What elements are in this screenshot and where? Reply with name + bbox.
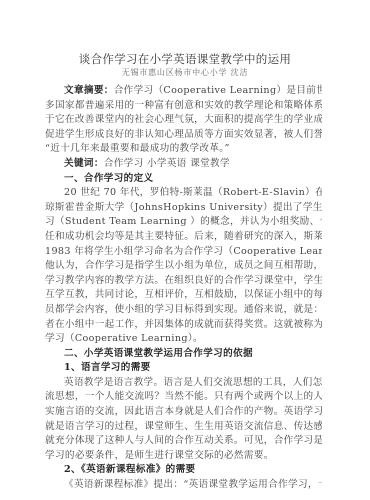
section-heading: 二、小学英语课堂教学运用合作学习的依据	[45, 347, 322, 362]
paragraph-line: 《英语新课程标准》提出：“英语课堂教学运用合作学习，一	[45, 478, 322, 493]
document-page: 谈合作学习在小学英语课堂教学中的运用 无锡市惠山区杨市中心小学 沈洁 文章摘要：…	[0, 0, 370, 500]
paragraph-line: 互学互教，共同讨论，互相评价，互相鼓励，以保证小组中的每个成	[45, 288, 322, 303]
subsection-heading: 1、语言学习的需要	[45, 361, 322, 376]
abstract-text: 合作学习（Cooperative Learning）是目前世界上许	[114, 85, 322, 96]
paragraph-line: 任和成功机会均等是其主要特征。后来，随着研究的深入，斯莱温在	[45, 230, 322, 245]
paragraph-line: 流思想，一个人能交流吗？当然不能。只有两个或两个以上的人才能	[45, 390, 322, 405]
keywords-value: 合作学习 小学英语 课堂教学	[104, 158, 230, 169]
paragraph-line: 实施言语的交流，因此语言本身就是人们合作的产物。英语学习过程	[45, 405, 322, 420]
paragraph-line: 他认为，合作学习是指学生以小组为单位，成员之间互相帮助，共同	[45, 259, 322, 274]
abstract-label: 文章摘要：	[64, 85, 114, 96]
author-line: 无锡市惠山区杨市中心小学 沈洁	[0, 67, 370, 78]
abstract-line: “近十几年来最重要和最成功的教学改革。”	[45, 142, 322, 157]
keywords-line: 关键词：合作学习 小学英语 课堂教学	[45, 157, 322, 172]
paragraph-line: 琼斯霍普金斯大学（JohnsHopkins University）提出了学生小组…	[45, 201, 322, 216]
paragraph-line: 习（Student Team Learning ）的概念，并认为小组奖励、个人责	[45, 215, 322, 230]
document-title: 谈合作学习在小学英语课堂教学中的运用	[0, 51, 370, 67]
paragraph-line: 学习教学内容的教学方法。在组织良好的合作学习课堂中，学生之间	[45, 274, 322, 289]
paragraph-line: 学习的必要条件，是师生进行课堂交际的必然需要。	[45, 449, 322, 464]
abstract-line: 促进学生形成良好的非认知心理品质等方面实效显著，被人们誉为是	[45, 128, 322, 143]
paragraph-line: 就充分体现了这种人与人间的合作互动关系。可见，合作学习是英语	[45, 434, 322, 449]
paragraph-line: 就是语言学习的过程，课堂师生、生生用英语交流信息、传达感情时，	[45, 420, 322, 435]
paragraph-line: 员都学会内容，使小组的学习目标得到实现。通俗来说，就是：学习	[45, 303, 322, 318]
abstract-line: 于它在改善课堂内的社会心理气氛，大面积的提高学生的学业成绩，	[45, 113, 322, 128]
abstract-line: 多国家都普遍采用的一种富有创意和实效的教学理论和策略体系。由	[45, 99, 322, 114]
paragraph-line: 1983 年将学生小组学习命名为合作学习（Cooperative Learnin…	[45, 245, 322, 260]
abstract-first-line: 文章摘要：合作学习（Cooperative Learning）是目前世界上许	[45, 84, 322, 99]
paragraph-line: 20 世纪 70 年代，罗伯特-斯莱温（Robert-E-Slavin）在美国的	[45, 186, 322, 201]
paragraph-line: 者在小组中一起工作，并因集体的成就而获得奖赏。这就被称为合作	[45, 318, 322, 333]
subsection-heading: 2、《英语新课程标准》的需要	[45, 463, 322, 478]
paragraph-line: 英语教学是语言教学。语言是人们交流思想的工具，人们怎样交	[45, 376, 322, 391]
paragraph-line: 学习（Cooperative Learning）。	[45, 332, 322, 347]
document-body: 文章摘要：合作学习（Cooperative Learning）是目前世界上许 多…	[45, 84, 322, 493]
keywords-label: 关键词：	[64, 158, 104, 169]
section-heading: 一、合作学习的定义	[45, 172, 322, 187]
